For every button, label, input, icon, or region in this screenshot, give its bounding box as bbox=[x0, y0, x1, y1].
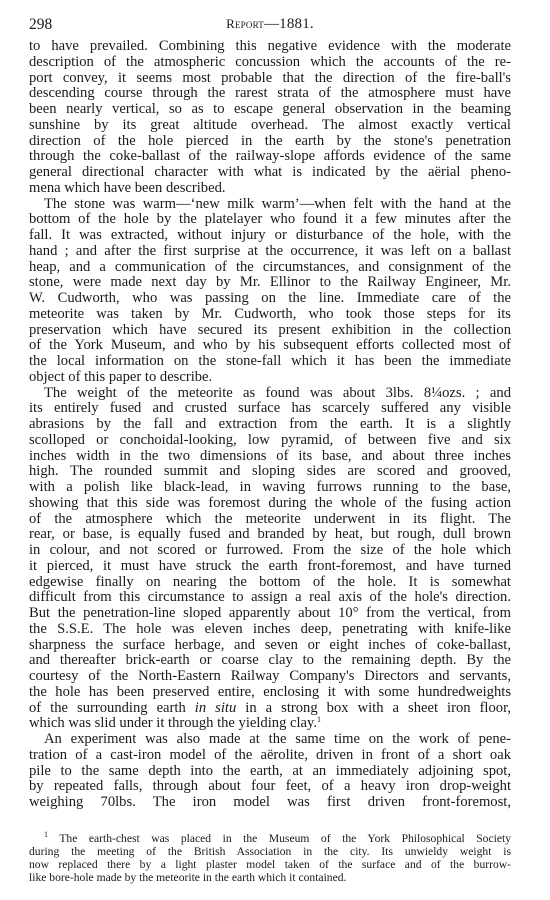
text-line: stone, were made next day by Mr. Ellinor… bbox=[29, 275, 511, 291]
text-line: the S.S.E. The hole was eleven inches de… bbox=[29, 622, 511, 638]
paragraph-3: The weight of the meteorite as found was… bbox=[29, 386, 511, 733]
text-fragment: which was slid under it through the yiel… bbox=[29, 715, 317, 731]
footnote-line: during the meeting of the British Associ… bbox=[29, 845, 511, 858]
text-line: But the penetration-line sloped apparent… bbox=[29, 606, 511, 622]
text-line: high. The rounded summit and sloping sid… bbox=[29, 464, 511, 480]
paragraph-1: to have prevailed. Combining this negati… bbox=[29, 39, 511, 197]
text-line: W. Cudworth, who was passing on the line… bbox=[29, 291, 511, 307]
text-line: through the coke-ballast of the railway-… bbox=[29, 149, 511, 165]
text-line: object of this paper to describe. bbox=[29, 370, 511, 386]
text-line: pile to the same depth into the earth, a… bbox=[29, 764, 511, 780]
footnote-line: 1 The earth-chest was placed in the Muse… bbox=[29, 832, 511, 845]
text-line: scolloped or conchoidal-looking, low pyr… bbox=[29, 433, 511, 449]
text-line: by repeated falls, through about four fe… bbox=[29, 779, 511, 795]
text-line: mena which have been described. bbox=[29, 181, 511, 197]
text-line: difficult from this circumstance to assi… bbox=[29, 590, 511, 606]
text-line: direction of the hole pierced in the ear… bbox=[29, 134, 511, 150]
text-line: port convey, it seems most probable that… bbox=[29, 71, 511, 87]
text-line: general directional character with what … bbox=[29, 165, 511, 181]
text-line: sharpness the surface herbage, and seven… bbox=[29, 638, 511, 654]
text-line: its entirely fused and crusted surface h… bbox=[29, 401, 511, 417]
text-line: with a polish like black-lead, in waving… bbox=[29, 480, 511, 496]
paragraph-2: The stone was warm—‘new milk warm’—when … bbox=[29, 197, 511, 386]
text-line: it pierced, it must have struck the eart… bbox=[29, 559, 511, 575]
text-line: fall. It was extracted, without injury o… bbox=[29, 228, 511, 244]
text-line: descending course through the rarest str… bbox=[29, 86, 511, 102]
text-line: abrasions by the fall and extraction fro… bbox=[29, 417, 511, 433]
text-line: description of the atmospheric concussio… bbox=[29, 55, 511, 71]
text-line: been nearly vertical, so as to escape ge… bbox=[29, 102, 511, 118]
footnote-reference[interactable]: 1 bbox=[317, 715, 321, 724]
text-fragment: in a strong box with a sheet iron floor, bbox=[236, 700, 511, 716]
text-line: rear, or base, is equally fused and bran… bbox=[29, 527, 511, 543]
text-line: which was slid under it through the yiel… bbox=[29, 716, 511, 732]
text-line: the hole has been preserved entire, encl… bbox=[29, 685, 511, 701]
text-line: An experiment was also made at the same … bbox=[29, 732, 511, 748]
footnote-marker: 1 bbox=[44, 830, 48, 839]
running-head-title: Report bbox=[226, 16, 264, 31]
text-line: heap, and a communication of the circums… bbox=[29, 260, 511, 276]
italic-phrase: in situ bbox=[195, 700, 236, 716]
text-line: bottom of the hole by the platelayer who… bbox=[29, 212, 511, 228]
paragraph-4: An experiment was also made at the same … bbox=[29, 732, 511, 811]
running-head-year: —1881. bbox=[264, 16, 314, 32]
text-line: preservation which have secured its pres… bbox=[29, 323, 511, 339]
footnotes: 1 The earth-chest was placed in the Muse… bbox=[29, 832, 511, 884]
footnote-line: now replaced there by a light plaster mo… bbox=[29, 858, 511, 871]
text-line: The stone was warm—‘new milk warm’—when … bbox=[29, 197, 511, 213]
text-line: to have prevailed. Combining this negati… bbox=[29, 39, 511, 55]
text-fragment: The earth-chest was placed in the Museum… bbox=[59, 832, 511, 845]
text-line: the local information on the stone-fall … bbox=[29, 354, 511, 370]
text-line: meteorite was taken by Mr. Cudworth, who… bbox=[29, 307, 511, 323]
text-line: edgewise finally on nearing the bottom o… bbox=[29, 575, 511, 591]
text-line: weighing 70lbs. The iron model was first… bbox=[29, 795, 511, 811]
text-line: sunshine by its great altitude overhead.… bbox=[29, 118, 511, 134]
footnote-line: like bore-hole made by the meteorite in … bbox=[29, 871, 511, 884]
text-line: of the atmosphere which the meteorite un… bbox=[29, 512, 511, 528]
page-header: 298 Report—1881. bbox=[29, 16, 511, 36]
text-line: inches width in the two dimensions of it… bbox=[29, 449, 511, 465]
text-line: courtesy of the North-Eastern Railway Co… bbox=[29, 669, 511, 685]
text-line: of the York Museum, and who by his subse… bbox=[29, 338, 511, 354]
body-text: to have prevailed. Combining this negati… bbox=[29, 39, 511, 811]
text-line: and thereafter brick-earth or coarse cla… bbox=[29, 653, 511, 669]
text-line: in colour, and not scored or furrowed. F… bbox=[29, 543, 511, 559]
text-line: tration of a cast-iron model of the aëro… bbox=[29, 748, 511, 764]
text-line-italic: of the surrounding earth in situ in a st… bbox=[29, 701, 511, 717]
text-line: The weight of the meteorite as found was… bbox=[29, 386, 511, 402]
text-line: hand ; and after the first surprise at t… bbox=[29, 244, 511, 260]
text-fragment: of the surrounding earth bbox=[29, 700, 195, 716]
running-head: Report—1881. bbox=[29, 16, 511, 33]
text-line: showing that this side was foremost duri… bbox=[29, 496, 511, 512]
